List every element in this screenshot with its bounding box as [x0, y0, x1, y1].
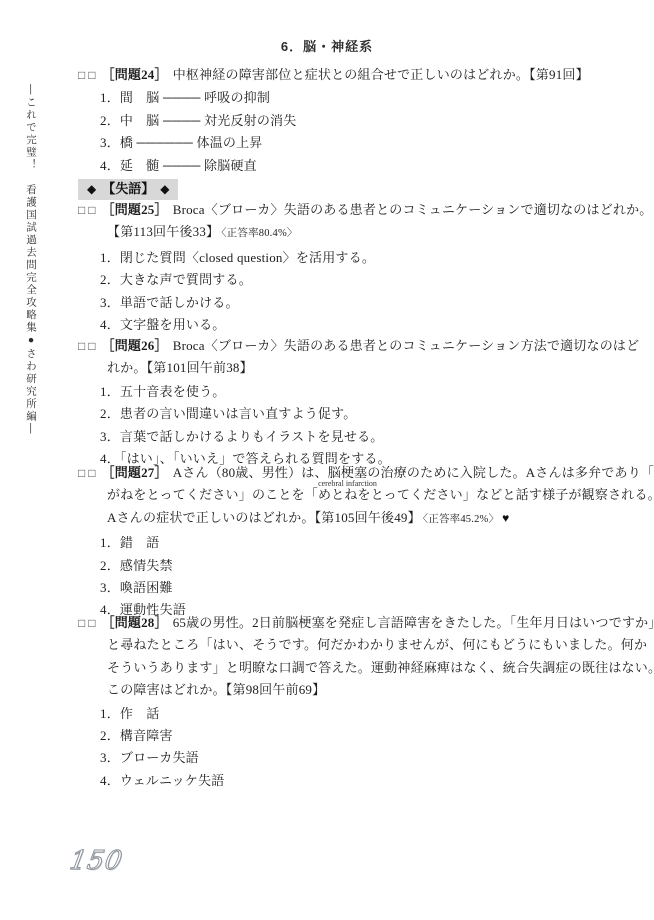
question-label: ［問題24］ — [102, 67, 168, 82]
answer-checkboxes: □□ — [78, 68, 99, 82]
question-stem: の治療のために入院した。Aさんは多弁であり「め — [367, 465, 654, 480]
question-stem: Aさん（80歳、男性）は、 — [173, 465, 328, 480]
question-stem: Broca〈ブローカ〉失語のある患者とのコミュニケーション方法で適切なのはど — [173, 338, 640, 353]
question-stem-line: れか。【第101回午前38】 — [78, 357, 644, 379]
question-label: ［問題25］ — [102, 202, 168, 217]
exam-reference: 【第105回午後49】 — [315, 510, 421, 525]
question-stem-line: この障害はどれか。【第98回午前69】 — [78, 679, 644, 701]
option-list: 1．錯 語 2．感情失禁 3．喚語困難 4．運動性失語 — [78, 532, 644, 622]
question-stem-line: □□［問題25］Broca〈ブローカ〉失語のある患者とのコミュニケーションで適切… — [78, 199, 644, 221]
question-24: □□［問題24］中枢神経の障害部位と症状との組合せで正しいのはどれか。【第91回… — [78, 64, 644, 177]
option-list: 1．閉じた質問〈closed question〉を活用する。 2．大きな声で質問… — [78, 247, 644, 337]
glossed-term: 脳梗塞cerebral infarction — [328, 465, 368, 480]
option-list: 1．作 話 2．構音障害 3．ブローカ失語 4．ウェルニッケ失語 — [78, 703, 644, 793]
book-page: 6．脳・神経系 ―これで完璧！ 看護国試過去問完全攻略集●さわ研究所編― □□［… — [0, 0, 654, 920]
question-label: ［問題28］ — [102, 615, 168, 630]
answer-checkboxes: □□ — [78, 339, 99, 353]
option-item: 3．橋 ────── 体温の上昇 — [100, 132, 644, 154]
diamond-icon: ◆ — [160, 182, 169, 196]
exam-reference: 【第113回午後33】 — [107, 224, 219, 239]
english-gloss: cerebral infarction — [318, 479, 377, 488]
question-stem: Aさんの症状で正しいのはどれか。 — [107, 510, 315, 525]
option-item: 4．文字盤を用いる。 — [100, 314, 644, 336]
option-item: 3．喚語困難 — [100, 577, 644, 599]
option-item: 3．言葉で話しかけるよりもイラストを見せる。 — [100, 426, 644, 448]
option-item: 1．錯 語 — [100, 532, 644, 554]
question-stem-line: 【第113回午後33】〈正答率80.4%〉 — [78, 221, 644, 245]
question-stem-line: そういうあります」と明瞭な口調で答えた。運動神経麻痺はなく、統合失調症の既往はな… — [78, 657, 644, 679]
option-item: 1．間 脳 ──── 呼吸の抑制 — [100, 87, 644, 109]
correct-rate: 〈正答率80.4%〉 — [221, 228, 297, 239]
question-stem-line: □□［問題24］中枢神経の障害部位と症状との組合せで正しいのはどれか。【第91回… — [78, 64, 644, 86]
option-item: 2．感情失禁 — [100, 555, 644, 577]
question-stem-line: と尋ねたところ「はい、そうです。何だかわかりませんが、何にもどうにもいました。何… — [78, 634, 644, 656]
option-item: 4．延 髄 ──── 除脳硬直 — [100, 155, 644, 177]
question-stem-line: □□［問題28］65歳の男性。2日前脳梗塞を発症し言語障害をきたした。「生年月日… — [78, 612, 644, 634]
option-item: 2．患者の言い間違いは言い直すよう促す。 — [100, 403, 644, 425]
question-25: □□［問題25］Broca〈ブローカ〉失語のある患者とのコミュニケーションで適切… — [78, 199, 644, 336]
heart-icon: ♥ — [502, 511, 509, 525]
diamond-icon: ◆ — [87, 182, 96, 196]
medical-term: 脳梗塞 — [328, 465, 368, 480]
correct-rate: 〈正答率45.2%〉 — [423, 514, 499, 525]
option-item: 1．五十音表を使う。 — [100, 381, 644, 403]
question-28: □□［問題28］65歳の男性。2日前脳梗塞を発症し言語障害をきたした。「生年月日… — [78, 612, 644, 792]
question-label: ［問題27］ — [102, 465, 168, 480]
question-27: □□［問題27］Aさん（80歳、男性）は、脳梗塞cerebral infarct… — [78, 462, 644, 622]
sidebar-vertical-text: ―これで完璧！ 看護国試過去問完全攻略集●さわ研究所編― — [24, 84, 39, 436]
option-item: 3．ブローカ失語 — [100, 747, 644, 769]
question-stem-line: □□［問題27］Aさん（80歳、男性）は、脳梗塞cerebral infarct… — [78, 462, 644, 484]
option-item: 4．ウェルニッケ失語 — [100, 770, 644, 792]
section-title: 【失語】 — [102, 181, 154, 196]
option-item: 2．大きな声で質問する。 — [100, 269, 644, 291]
option-item: 2．構音障害 — [100, 725, 644, 747]
option-list: 1．五十音表を使う。 2．患者の言い間違いは言い直すよう促す。 3．言葉で話しか… — [78, 381, 644, 471]
question-stem-line: Aさんの症状で正しいのはどれか。【第105回午後49】〈正答率45.2%〉♥ — [78, 507, 644, 531]
question-stem: Broca〈ブローカ〉失語のある患者とのコミュニケーションで適切なのはどれか。 — [173, 202, 653, 217]
question-label: ［問題26］ — [102, 338, 168, 353]
option-list: 1．間 脳 ──── 呼吸の抑制 2．中 脳 ──── 対光反射の消失 3．橋 … — [78, 87, 644, 177]
answer-checkboxes: □□ — [78, 466, 99, 480]
question-stem-line: □□［問題26］Broca〈ブローカ〉失語のある患者とのコミュニケーション方法で… — [78, 335, 644, 357]
question-stem: 中枢神経の障害部位と症状との組合せで正しいのはどれか。【第91回】 — [173, 67, 589, 82]
page-number: 150 — [67, 846, 125, 876]
answer-checkboxes: □□ — [78, 616, 99, 630]
question-26: □□［問題26］Broca〈ブローカ〉失語のある患者とのコミュニケーション方法で… — [78, 335, 644, 470]
section-header-aphasia: ◆【失語】◆ — [78, 179, 178, 200]
question-stem: 65歳の男性。2日前脳梗塞を発症し言語障害をきたした。「生年月日はいつですか」 — [173, 615, 654, 630]
option-item: 2．中 脳 ──── 対光反射の消失 — [100, 110, 644, 132]
answer-checkboxes: □□ — [78, 203, 99, 217]
option-item: 1．閉じた質問〈closed question〉を活用する。 — [100, 247, 644, 269]
page-title: 6．脳・神経系 — [0, 36, 654, 55]
option-item: 3．単語で話しかける。 — [100, 292, 644, 314]
option-item: 1．作 話 — [100, 703, 644, 725]
